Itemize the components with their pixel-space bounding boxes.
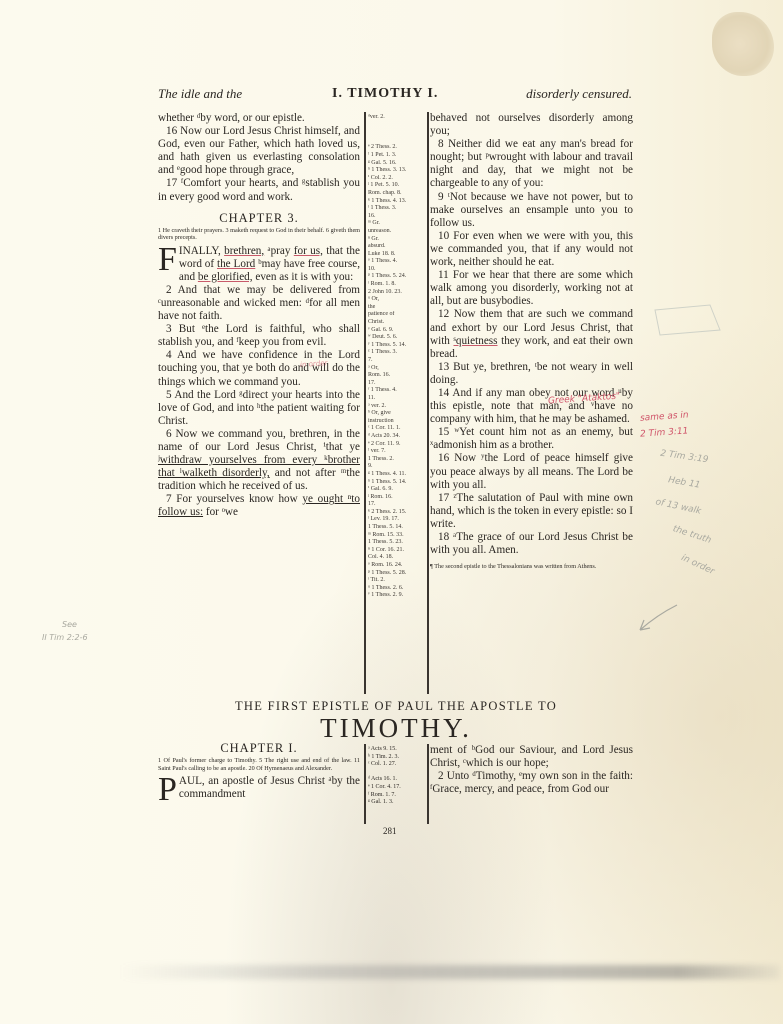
verse-text: 7 For yourselves know how: [166, 493, 302, 505]
column-rule-right-2: [427, 744, 429, 824]
ref: ᵉ 2 Thess. 2.: [368, 144, 426, 152]
book-title: TIMOTHY.: [158, 713, 634, 744]
ref: ᵛ Gal. 6. 9.: [368, 327, 426, 335]
marginal-references: ᵈver. 2. ᵉ 2 Thess. 2. ᶠ 1 Pet. 1. 3. ᵍ …: [368, 114, 426, 600]
ref: 10.: [368, 266, 426, 274]
underline-the-lord: the Lord: [217, 258, 255, 270]
ref: ᵛ 1 Thess. 2. 9.: [368, 592, 426, 600]
ref: patience of: [368, 311, 426, 319]
dropcap: F: [158, 247, 177, 273]
ref: Rom. 16.: [368, 372, 426, 380]
ref: ᵗ Rom. 1. 8.: [368, 281, 426, 289]
verse-3-12: 12 Now them that are such we command and…: [430, 308, 633, 360]
verse-3-3: 3 But ᵉthe Lord is faithful, who shall s…: [158, 323, 360, 349]
column-rule-left-2: [364, 744, 366, 824]
verse-3-13: 13 But ye, brethren, ᵗbe not weary in we…: [430, 361, 633, 387]
marginal-references-2: ᵃ Acts 9. 15. ᵇ 1 Tim. 2. 3. ᶜ Col. 1. 2…: [368, 746, 426, 807]
ref: ᵘ Or,: [368, 296, 426, 304]
column-rule-right: [427, 112, 429, 694]
pencil-arrow-icon: [632, 600, 682, 640]
underline-for-us: for us,: [294, 245, 323, 257]
ref: ᶠ ver. 7.: [368, 448, 426, 456]
ref: 7.: [368, 357, 426, 365]
ref: ᵗ Tit. 2.: [368, 577, 426, 585]
ref: 16.: [368, 213, 426, 221]
ref: Rom. chap. 8.: [368, 190, 426, 198]
ref: ᵇ 1 Tim. 2. 3.: [368, 754, 426, 762]
verse-3-7: 7 For yourselves know how ye ought ⁿto f…: [158, 493, 360, 519]
chapter-heading: CHAPTER 3.: [158, 212, 360, 225]
verse-3-11: 11 For we hear that there are some which…: [430, 269, 633, 308]
ref: ᵐ Gr.: [368, 220, 426, 228]
ref: ⁱ Col. 2. 2.: [368, 175, 426, 183]
ref: ʲ 1 Pet. 5. 10.: [368, 182, 426, 190]
verse-3-10: 10 For even when we were with you, this …: [430, 230, 633, 269]
ref: [368, 137, 426, 145]
underline-quietness: ˢquietness: [453, 335, 497, 347]
running-head: The idle and the I. TIMOTHY I. disorderl…: [158, 86, 632, 106]
ref: ᵍ 1 Thess. 4. 11.: [368, 471, 426, 479]
ref: ᵇ Or, give: [368, 410, 426, 418]
underline-glorified: be glorified,: [198, 271, 253, 283]
ref: ⁿ Gr.: [368, 236, 426, 244]
annotation-pencil-ref: II Tim 2:2-6: [42, 633, 88, 642]
ref: ᶻ 1 Thess. 3.: [368, 349, 426, 357]
ref: ʰ 1 Thess. 5. 14.: [368, 479, 426, 487]
ref: [368, 122, 426, 130]
ref: the: [368, 304, 426, 312]
annotation-pencil-see: See: [62, 620, 77, 629]
ref: ⁱ Gal. 6. 9.: [368, 486, 426, 494]
verse-text: AUL, an apostle of Jesus Christ ᵃby the …: [179, 775, 360, 800]
ref: Christ.: [368, 319, 426, 327]
ref: Col. 4. 18.: [368, 554, 426, 562]
verse-3-17: 17 ᶻThe salutation of Paul with mine own…: [430, 492, 633, 531]
ref: 17.: [368, 380, 426, 388]
continuation-text: behaved not ourselves disorderly among y…: [430, 112, 633, 138]
verse-1-2: 2 Unto ᵈTimothy, ᵉmy own son in the fait…: [430, 770, 633, 796]
ref: ᵐ Rom. 15. 33.: [368, 532, 426, 540]
verse-3-9: 9 ᵗNot because we have not power, but to…: [430, 191, 633, 230]
verse-3-2: 2 And that we may be delivered from ᶜunr…: [158, 284, 360, 323]
running-head-center: I. TIMOTHY I.: [332, 86, 438, 102]
right-column: behaved not ourselves disorderly among y…: [430, 112, 633, 571]
dropcap: P: [158, 777, 177, 803]
ref: ᵒ 1 Thess. 4.: [368, 258, 426, 266]
ref: ᵏ 1 Thess. 4. 13.: [368, 198, 426, 206]
verse-1-1: PAUL, an apostle of Jesus Christ ᵃby the…: [158, 775, 360, 801]
ref: ᵒ Rom. 16. 24.: [368, 562, 426, 570]
chapter-summary: 1 He craveth their prayers. 3 maketh req…: [158, 227, 360, 242]
ref: ᶠ 1 Pet. 1. 3.: [368, 152, 426, 160]
ref: ʰ 1 Thess. 3. 13.: [368, 167, 426, 175]
ref: ʲ Rom. 16.: [368, 494, 426, 502]
ref: ᵍ Gal. 5. 16.: [368, 160, 426, 168]
verse-text: 6 Now we command you, brethren, in the n…: [158, 428, 360, 453]
verse-text: for ᵒwe: [203, 506, 238, 518]
verse-text: even as it is with you:: [253, 271, 354, 283]
ref: [368, 129, 426, 137]
ref: ᵉ 1 Cor. 4. 17.: [368, 784, 426, 792]
ref: ᵖ 1 Thess. 5. 28.: [368, 570, 426, 578]
running-head-right: disorderly censured.: [526, 86, 632, 102]
ref: ᶜ 1 Cor. 11. 1.: [368, 425, 426, 433]
ref: ᵏ 2 Thess. 2. 15.: [368, 509, 426, 517]
timothy-right-column: ment of ᵇGod our Saviour, and Lord Jesus…: [430, 744, 633, 796]
ref: ʸ 1 Thess. 5. 14.: [368, 342, 426, 350]
pencil-scribble-icon: [650, 300, 730, 340]
ref: ᶠ Rom. 1. 7.: [368, 792, 426, 800]
ref: ʳ 1 Thess. 4.: [368, 387, 426, 395]
subscription: ¶ The second epistle to the Thessalonian…: [430, 563, 633, 570]
ref: ⁿ 1 Cor. 16. 21.: [368, 547, 426, 555]
ref: 1 Thess. 5. 14.: [368, 524, 426, 532]
ref: [368, 769, 426, 777]
ref: ˡ 1 Thess. 3.: [368, 205, 426, 213]
page-number: 281: [383, 826, 397, 836]
ref: ᵖ 1 Thess. 5. 24.: [368, 273, 426, 281]
ref: ᵍ Gal. 1. 3.: [368, 799, 426, 807]
ref: ˡ Lev. 19. 17.: [368, 516, 426, 524]
verse-3-4: 4 And we have confidence in the Lord tou…: [158, 349, 360, 388]
ref: unreason.: [368, 228, 426, 236]
verse-3-5: 5 And the Lord ᵍdirect your hearts into …: [158, 389, 360, 428]
left-column: whether ᵈby word, or our epistle. 16 Now…: [158, 112, 360, 520]
ref: ᵃ Acts 9. 15.: [368, 746, 426, 754]
ref: ᵃ ver. 2.: [368, 403, 426, 411]
verse-3-18: 18 ᵃThe grace of our Lord Jesus Christ b…: [430, 531, 633, 557]
ref: 9.: [368, 463, 426, 471]
verse-1-1-cont: ment of ᵇGod our Saviour, and Lord Jesus…: [430, 744, 633, 770]
ref: ᵃ Or,: [368, 365, 426, 373]
verse-2thess-2-17: 17 ᶠComfort your hearts, and ᵍstablish y…: [158, 177, 360, 203]
timothy-left-column: CHAPTER I. 1 Of Paul's former charge to …: [158, 742, 360, 803]
verse-3-8: 8 Neither did we eat any man's bread for…: [430, 138, 633, 190]
continuation-text: whether ᵈby word, or our epistle.: [158, 112, 360, 125]
verse-3-16: 16 Now ʸthe Lord of peace himself give y…: [430, 452, 633, 491]
verse-text: INALLY,: [179, 245, 224, 257]
ref: ʷ Deut. 5. 6.: [368, 334, 426, 342]
ref: ᵈ Acts 16. 1.: [368, 776, 426, 784]
page-crease: [120, 965, 780, 979]
verse-3-6: 6 Now we command you, brethren, in the n…: [158, 428, 360, 493]
ref: Luke 18. 8.: [368, 251, 426, 259]
ref: 17.: [368, 501, 426, 509]
verse-text: ᵃpray: [264, 245, 294, 257]
ref: absurd.: [368, 243, 426, 251]
ref: ᵘ 1 Thess. 2. 6.: [368, 585, 426, 593]
verse-2thess-2-16: 16 Now our Lord Jesus Christ himself, an…: [158, 125, 360, 177]
ref: ᵈ Acts 20. 34.: [368, 433, 426, 441]
ref: ᵈver. 2.: [368, 114, 426, 122]
ref: ᶜ Col. 1. 27.: [368, 761, 426, 769]
ref: 1 Thess. 2.: [368, 456, 426, 464]
verse-3-1: FINALLY, brethren, ᵃpray for us, that th…: [158, 245, 360, 284]
ref: ᵉ 2 Cor. 11. 9.: [368, 441, 426, 449]
ref: 11.: [368, 395, 426, 403]
underline-brethren: brethren,: [224, 245, 264, 257]
column-rule-left: [364, 112, 366, 694]
ref: 2 John 10. 23.: [368, 289, 426, 297]
ref: instruction: [368, 418, 426, 426]
running-head-left: The idle and the: [158, 86, 242, 102]
book-subtitle: THE FIRST EPISTLE OF PAUL THE APOSTLE TO: [158, 699, 634, 714]
chapter-heading: CHAPTER I.: [158, 742, 360, 755]
ref: 1 Thess. 5. 23.: [368, 539, 426, 547]
verse-3-15: 15 ʷYet count him not as an enemy, but ˣ…: [430, 426, 633, 452]
chapter-summary: 1 Of Paul's former charge to Timothy. 5 …: [158, 757, 360, 772]
